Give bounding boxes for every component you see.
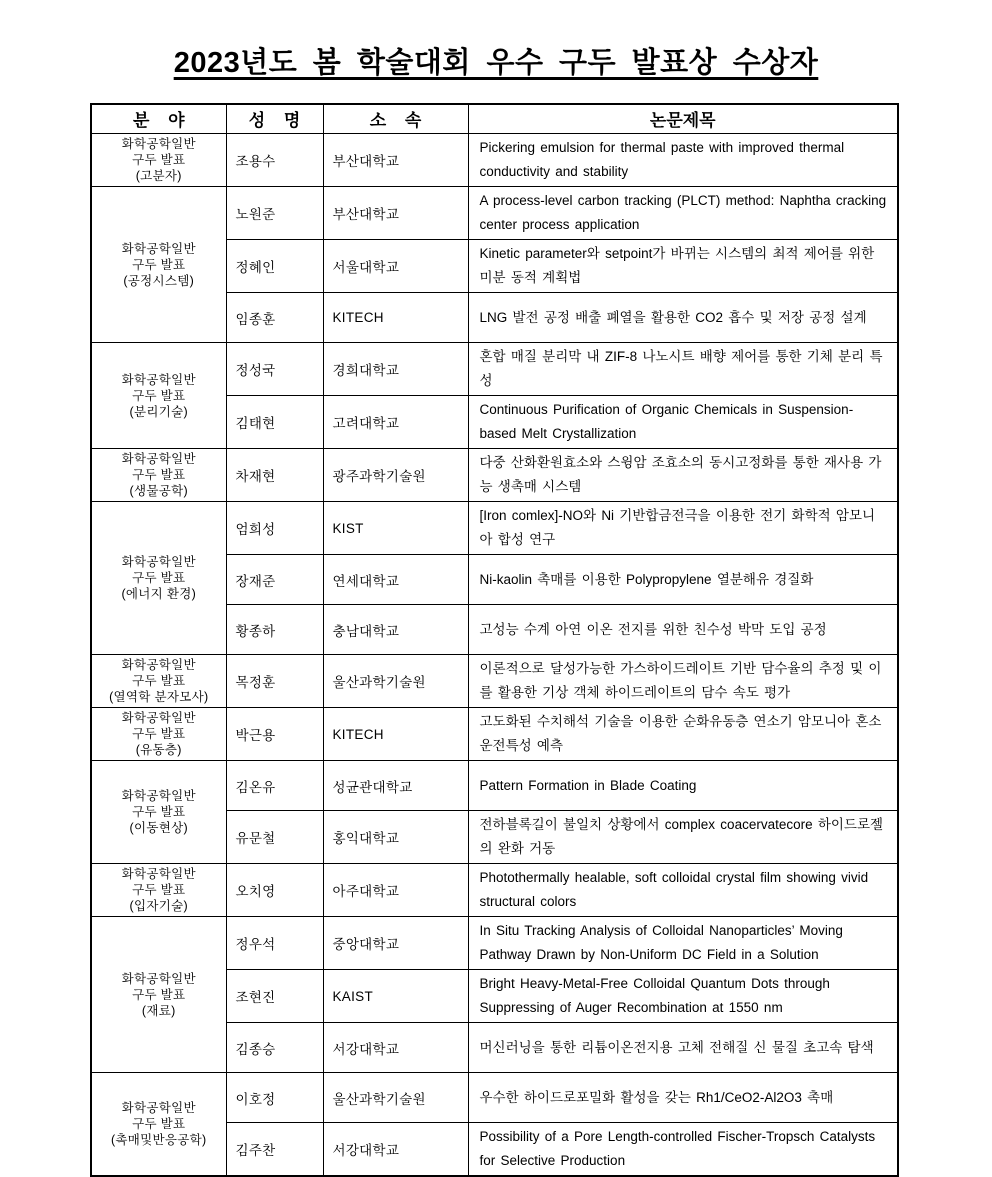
- affiliation-cell: 중앙대학교: [323, 917, 468, 970]
- field-line: 구두 발표: [93, 1116, 225, 1132]
- affiliation-cell: 경희대학교: [323, 343, 468, 396]
- table-row: 화학공학일반구두 발표(촉매및반응공학)이호정울산과학기술원우수한 하이드로포밀…: [91, 1073, 898, 1123]
- field-line: 구두 발표: [93, 388, 225, 404]
- field-line: 구두 발표: [93, 882, 225, 898]
- name-cell: 목정훈: [226, 655, 323, 708]
- field-line: 화학공학일반: [93, 971, 225, 987]
- field-line: 구두 발표: [93, 987, 225, 1003]
- field-line: (에너지 환경): [93, 586, 225, 602]
- awards-table: 분 야성 명소 속논문제목 화학공학일반구두 발표(고분자)조용수부산대학교Pi…: [90, 103, 899, 1177]
- paper-title-cell: Kinetic parameter와 setpoint가 바뀌는 시스템의 최적…: [468, 240, 898, 293]
- name-cell: 유문철: [226, 811, 323, 864]
- column-header-name: 성 명: [226, 104, 323, 134]
- field-line: (공정시스템): [93, 273, 225, 289]
- header-row: 분 야성 명소 속논문제목: [91, 104, 898, 134]
- field-line: 구두 발표: [93, 467, 225, 483]
- paper-title-cell: 다중 산화환원효소와 스윙암 조효소의 동시고정화를 통한 재사용 가능 생촉매…: [468, 449, 898, 502]
- paper-title-cell: Pickering emulsion for thermal paste wit…: [468, 134, 898, 187]
- field-cell: 화학공학일반구두 발표(재료): [91, 917, 226, 1073]
- field-line: (촉매및반응공학): [93, 1132, 225, 1148]
- table-row: 화학공학일반구두 발표(재료)정우석중앙대학교In Situ Tracking …: [91, 917, 898, 970]
- paper-title-cell: 이론적으로 달성가능한 가스하이드레이트 기반 담수율의 추정 및 이를 활용한…: [468, 655, 898, 708]
- paper-title-cell: In Situ Tracking Analysis of Colloidal N…: [468, 917, 898, 970]
- paper-title-cell: Ni-kaolin 촉매를 이용한 Polypropylene 열분해유 경질화: [468, 555, 898, 605]
- paper-title-cell: Continuous Purification of Organic Chemi…: [468, 396, 898, 449]
- affiliation-cell: 광주과학기술원: [323, 449, 468, 502]
- name-cell: 차재현: [226, 449, 323, 502]
- paper-title-cell: Pattern Formation in Blade Coating: [468, 761, 898, 811]
- table-row: 화학공학일반구두 발표(입자기술)오치영아주대학교Photothermally …: [91, 864, 898, 917]
- paper-title-cell: A process-level carbon tracking (PLCT) m…: [468, 187, 898, 240]
- affiliation-cell: 연세대학교: [323, 555, 468, 605]
- field-line: 화학공학일반: [93, 136, 225, 152]
- field-line: 구두 발표: [93, 570, 225, 586]
- field-line: 화학공학일반: [93, 710, 225, 726]
- name-cell: 김주찬: [226, 1123, 323, 1177]
- paper-title-cell: Bright Heavy-Metal-Free Colloidal Quantu…: [468, 970, 898, 1023]
- name-cell: 임종훈: [226, 293, 323, 343]
- name-cell: 황종하: [226, 605, 323, 655]
- table-row: 화학공학일반구두 발표(분리기술)정성국경희대학교혼합 매질 분리막 내 ZIF…: [91, 343, 898, 396]
- paper-title-cell: 전하블록길이 불일치 상황에서 complex coacervatecore 하…: [468, 811, 898, 864]
- paper-title-cell: 머신러닝을 통한 리튬이온전지용 고체 전해질 신 물질 초고속 탐색: [468, 1023, 898, 1073]
- field-line: (입자기술): [93, 898, 225, 914]
- field-line: 화학공학일반: [93, 788, 225, 804]
- affiliation-cell: KIST: [323, 502, 468, 555]
- field-cell: 화학공학일반구두 발표(공정시스템): [91, 187, 226, 343]
- table-body: 화학공학일반구두 발표(고분자)조용수부산대학교Pickering emulsi…: [91, 134, 898, 1177]
- field-line: (이동현상): [93, 820, 225, 836]
- column-header-affiliation: 소 속: [323, 104, 468, 134]
- name-cell: 조현진: [226, 970, 323, 1023]
- name-cell: 오치영: [226, 864, 323, 917]
- name-cell: 엄희성: [226, 502, 323, 555]
- name-cell: 노원준: [226, 187, 323, 240]
- field-line: (생물공학): [93, 483, 225, 499]
- field-line: 구두 발표: [93, 804, 225, 820]
- table-row: 화학공학일반구두 발표(이동현상)김온유성균관대학교Pattern Format…: [91, 761, 898, 811]
- affiliation-cell: 홍익대학교: [323, 811, 468, 864]
- column-header-field: 분 야: [91, 104, 226, 134]
- field-line: (열역학 분자모사): [93, 689, 225, 705]
- paper-title-cell: [Iron comlex]-NO와 Ni 기반합금전극을 이용한 전기 화학적 …: [468, 502, 898, 555]
- name-cell: 이호정: [226, 1073, 323, 1123]
- paper-title-cell: Photothermally healable, soft colloidal …: [468, 864, 898, 917]
- field-cell: 화학공학일반구두 발표(열역학 분자모사): [91, 655, 226, 708]
- field-cell: 화학공학일반구두 발표(유동층): [91, 708, 226, 761]
- field-line: 화학공학일반: [93, 554, 225, 570]
- document-page: 2023년도 봄 학술대회 우수 구두 발표상 수상자 분 야성 명소 속논문제…: [0, 0, 992, 1177]
- field-line: 화학공학일반: [93, 1100, 225, 1116]
- name-cell: 김태현: [226, 396, 323, 449]
- name-cell: 정혜인: [226, 240, 323, 293]
- field-line: (분리기술): [93, 404, 225, 420]
- field-cell: 화학공학일반구두 발표(입자기술): [91, 864, 226, 917]
- field-cell: 화학공학일반구두 발표(에너지 환경): [91, 502, 226, 655]
- name-cell: 박근용: [226, 708, 323, 761]
- field-line: 화학공학일반: [93, 241, 225, 257]
- field-cell: 화학공학일반구두 발표(생물공학): [91, 449, 226, 502]
- table-row: 화학공학일반구두 발표(생물공학)차재현광주과학기술원다중 산화환원효소와 스윙…: [91, 449, 898, 502]
- table-row: 화학공학일반구두 발표(에너지 환경)엄희성KIST[Iron comlex]-…: [91, 502, 898, 555]
- table-header: 분 야성 명소 속논문제목: [91, 104, 898, 134]
- affiliation-cell: 고려대학교: [323, 396, 468, 449]
- affiliation-cell: KITECH: [323, 293, 468, 343]
- field-line: 화학공학일반: [93, 866, 225, 882]
- affiliation-cell: 울산과학기술원: [323, 655, 468, 708]
- field-line: 구두 발표: [93, 257, 225, 273]
- field-line: (유동층): [93, 742, 225, 758]
- field-cell: 화학공학일반구두 발표(촉매및반응공학): [91, 1073, 226, 1177]
- paper-title-cell: 우수한 하이드로포밀화 활성을 갖는 Rh1/CeO2-Al2O3 촉매: [468, 1073, 898, 1123]
- affiliation-cell: 충남대학교: [323, 605, 468, 655]
- affiliation-cell: 부산대학교: [323, 134, 468, 187]
- paper-title-cell: 고성능 수계 아연 이온 전지를 위한 친수성 박막 도입 공정: [468, 605, 898, 655]
- field-line: 구두 발표: [93, 152, 225, 168]
- field-cell: 화학공학일반구두 발표(고분자): [91, 134, 226, 187]
- affiliation-cell: 부산대학교: [323, 187, 468, 240]
- affiliation-cell: 서강대학교: [323, 1023, 468, 1073]
- affiliation-cell: 울산과학기술원: [323, 1073, 468, 1123]
- paper-title-cell: LNG 발전 공정 배출 폐열을 활용한 CO2 흡수 및 저장 공정 설계: [468, 293, 898, 343]
- affiliation-cell: KAIST: [323, 970, 468, 1023]
- affiliation-cell: 서울대학교: [323, 240, 468, 293]
- affiliation-cell: 아주대학교: [323, 864, 468, 917]
- paper-title-cell: Possibility of a Pore Length-controlled …: [468, 1123, 898, 1177]
- field-line: 구두 발표: [93, 726, 225, 742]
- field-cell: 화학공학일반구두 발표(이동현상): [91, 761, 226, 864]
- table-row: 화학공학일반구두 발표(유동층)박근용KITECH고도화된 수치해석 기술을 이…: [91, 708, 898, 761]
- table-row: 화학공학일반구두 발표(고분자)조용수부산대학교Pickering emulsi…: [91, 134, 898, 187]
- page-title: 2023년도 봄 학술대회 우수 구두 발표상 수상자: [0, 40, 992, 81]
- name-cell: 조용수: [226, 134, 323, 187]
- affiliation-cell: 서강대학교: [323, 1123, 468, 1177]
- field-line: (고분자): [93, 168, 225, 184]
- table-row: 화학공학일반구두 발표(공정시스템)노원준부산대학교A process-leve…: [91, 187, 898, 240]
- field-line: 화학공학일반: [93, 372, 225, 388]
- paper-title-cell: 혼합 매질 분리막 내 ZIF-8 나노시트 배향 제어를 통한 기체 분리 특…: [468, 343, 898, 396]
- name-cell: 정우석: [226, 917, 323, 970]
- paper-title-cell: 고도화된 수치해석 기술을 이용한 순화유동층 연소기 암모니아 혼소 운전특성…: [468, 708, 898, 761]
- affiliation-cell: KITECH: [323, 708, 468, 761]
- field-line: 화학공학일반: [93, 451, 225, 467]
- column-header-paper-title: 논문제목: [468, 104, 898, 134]
- name-cell: 김온유: [226, 761, 323, 811]
- field-line: (재료): [93, 1003, 225, 1019]
- field-cell: 화학공학일반구두 발표(분리기술): [91, 343, 226, 449]
- field-line: 화학공학일반: [93, 657, 225, 673]
- name-cell: 장재준: [226, 555, 323, 605]
- name-cell: 김종승: [226, 1023, 323, 1073]
- table-row: 화학공학일반구두 발표(열역학 분자모사)목정훈울산과학기술원이론적으로 달성가…: [91, 655, 898, 708]
- affiliation-cell: 성균관대학교: [323, 761, 468, 811]
- name-cell: 정성국: [226, 343, 323, 396]
- field-line: 구두 발표: [93, 673, 225, 689]
